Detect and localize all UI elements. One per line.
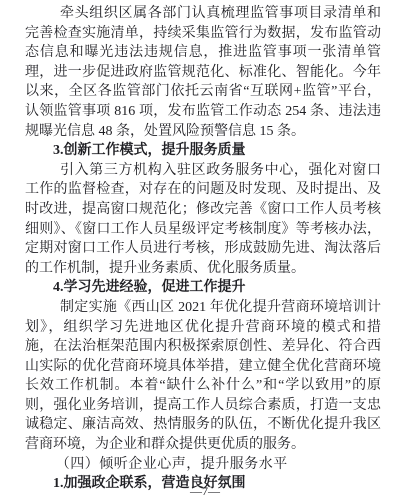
heading-learn-advanced-experience: 4.学习先进经验，促进工作提升 bbox=[25, 278, 381, 298]
paragraph-supervision-list: 牵头组织区属各部门认真梳理监管事项目录清单和完善检查实施清单，持续采集监管行为数… bbox=[25, 4, 381, 141]
paragraph-training-plan: 制定实施《西山区 2021 年优化提升营商环境培训计划》，组织学习先进地区优化提… bbox=[25, 298, 381, 455]
page-number: —7— bbox=[0, 484, 410, 498]
document-content: 牵头组织区属各部门认真梳理监管事项目录清单和完善检查实施清单，持续采集监管行为数… bbox=[25, 4, 381, 494]
document-page: 牵头组织区属各部门认真梳理监管事项目录清单和完善检查实施清单，持续采集监管行为数… bbox=[0, 0, 410, 500]
paragraph-third-party-window: 引入第三方机构入驻区政务服务中心，强化对窗口工作的监督检查，对存在的问题及时发现… bbox=[25, 161, 381, 279]
heading-section-four-listen-enterprises: （四）倾听企业心声，提升服务水平 bbox=[25, 455, 381, 475]
heading-innovate-work-mode: 3.创新工作模式，提升服务质量 bbox=[25, 141, 381, 161]
